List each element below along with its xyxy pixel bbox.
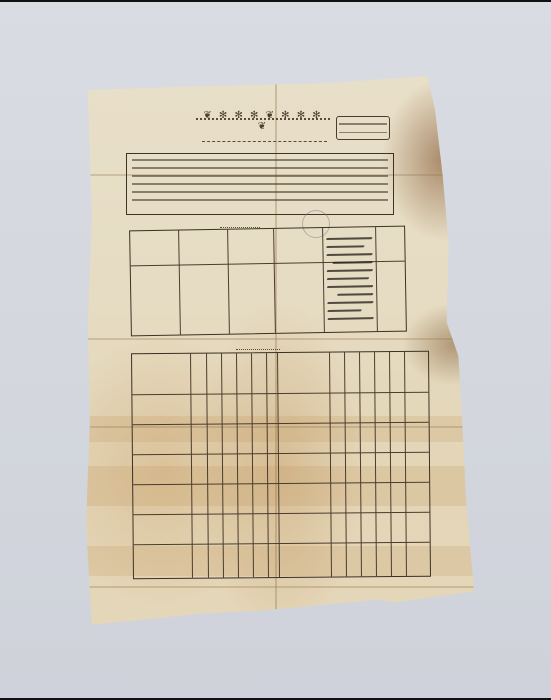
table-rule [132,392,428,396]
section2-table [131,351,431,580]
intro-paragraph-box [126,153,394,215]
table-rule [133,422,429,426]
table-rule [273,229,276,333]
section1-heading [220,219,260,228]
ottoman-document: ❦ ✻ ✻ ✻ ❦ ✻ ✻ ✻ ❦ [Ottoman Turkish print… [84,76,474,636]
table-rule [134,542,430,546]
table-rule [133,452,429,456]
row-label [391,267,392,317]
floral-ornament-icon: ❦ ✻ ✻ ✻ ❦ ✻ ✻ ✻ ❦ [196,110,330,132]
table-rule [178,231,181,335]
table-rule [133,482,429,486]
document-title: [Ottoman Turkish printed title – illegib… [202,131,327,142]
section2-heading [236,341,280,350]
frame-bar-top [0,0,551,2]
fold-crease [84,338,474,340]
section1-table [129,226,407,337]
table-rule [133,512,429,516]
table-rule [227,230,230,334]
handwritten-entries [324,231,376,328]
fold-crease [84,586,474,588]
corner-note-box [336,116,390,140]
